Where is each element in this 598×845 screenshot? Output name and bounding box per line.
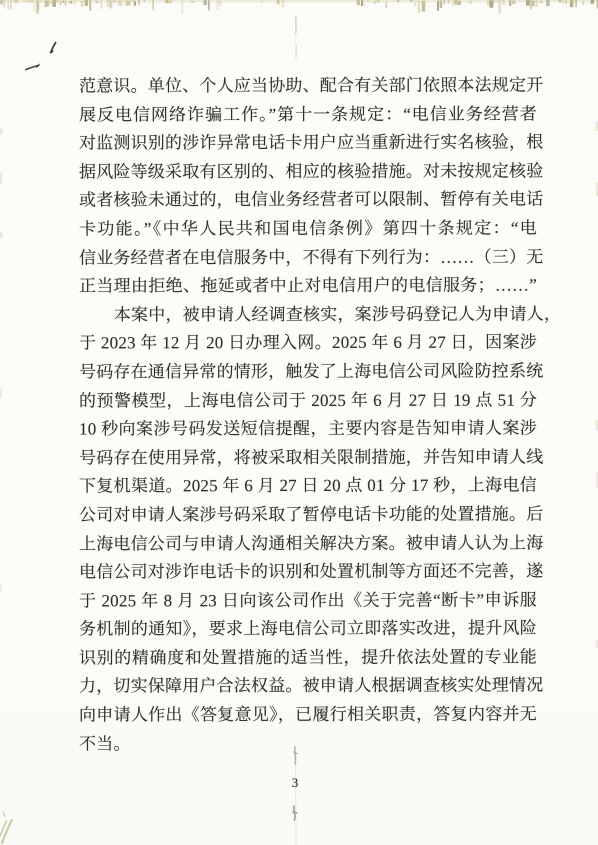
noise-stroke: [68, 1, 72, 4]
noise-stroke: [593, 0, 595, 2]
noise-stroke: [10, 0, 12, 9]
corner-smudge-marks: [0, 812, 12, 843]
noise-stroke: [497, 0, 498, 3]
noise-stroke: [70, 1, 73, 4]
text-line: 号码存在使用异常，将被采取相关限制措施，并告知申请人线: [79, 443, 537, 473]
noise-stroke: [448, 0, 450, 4]
noise-stroke: [125, 0, 129, 6]
noise-stroke: [414, 1, 416, 7]
text-line: 本案中，被申请人经调查核实，案涉号码登记人为申请人，: [79, 300, 537, 330]
noise-stroke: [546, 0, 550, 6]
noise-stroke: [487, 0, 490, 5]
noise-stroke: [65, 1, 67, 6]
noise-stroke: [165, 0, 169, 3]
noise-stroke: [60, 1, 61, 6]
noise-stroke: [131, 0, 134, 2]
noise-stroke: [113, 0, 116, 2]
noise-stroke: [437, 1, 439, 11]
noise-stroke: [281, 0, 284, 7]
text-line: 卡功能。”《中华人民共和国电信条例》第四十条规定：“电: [79, 214, 537, 244]
noise-stroke: [540, 1, 543, 3]
noise-stroke: [167, 1, 171, 3]
noise-stroke: [572, 1, 575, 3]
noise-stroke: [46, 0, 49, 6]
noise-stroke: [566, 1, 568, 4]
noise-stroke: [62, 1, 64, 3]
noise-stroke: [45, 1, 47, 8]
noise-stroke: [0, 0, 3, 4]
noise-stroke: [30, 0, 34, 3]
text-line: 展反电信网络诈骗工作。”第十一条规定：“电信业务经营者: [79, 100, 537, 130]
noise-stroke: [361, 0, 363, 6]
noise-stroke: [26, 0, 29, 2]
edge-tint: [0, 0, 598, 2]
noise-stroke: [440, 0, 443, 8]
text-line: 向申请人作出《答复意见》，已履行相关职责，答复内容并无: [79, 701, 537, 731]
noise-stroke: [509, 0, 511, 6]
text-line: 上海电信公司与申请人沟通相关解决方案。被申请人认为上海: [79, 529, 537, 559]
text-line: 下复机渠道。2025 年 6 月 27 日 20 点 01 分 17 秒，上海电…: [79, 472, 537, 502]
noise-stroke: [570, 0, 573, 7]
noise-stroke: [558, 0, 562, 2]
text-line: 或者核验未通过的，电信业务经营者可以限制、暂停有关电话: [79, 186, 537, 216]
noise-stroke: [204, 0, 207, 5]
noise-stroke: [374, 1, 377, 4]
noise-stroke: [181, 0, 183, 14]
noise-stroke: [107, 0, 111, 7]
noise-stroke: [3, 0, 5, 7]
text-line: 号码存在通信异常的情形，触发了上海电信公司风险防控系统: [79, 357, 537, 387]
noise-stroke: [14, 0, 17, 2]
noise-stroke: [535, 0, 538, 7]
noise-stroke: [89, 0, 91, 11]
noise-stroke: [410, 0, 413, 2]
noise-stroke: [191, 1, 194, 3]
noise-stroke: [118, 0, 122, 6]
noise-stroke: [357, 0, 360, 5]
noise-stroke: [127, 1, 131, 6]
noise-stroke: [385, 1, 387, 9]
noise-stroke: [377, 0, 381, 2]
text-line: 公司对申请人案涉号码采取了暂停电话卡功能的处置措施。后: [79, 500, 537, 530]
noise-stroke: [493, 0, 496, 4]
noise-stroke: [170, 1, 172, 4]
noise-stroke: [591, 0, 594, 4]
text-line: 范意识。单位、个人应当协助、配合有关部门依照本法规定开: [79, 72, 537, 102]
noise-stroke: [74, 0, 76, 5]
noise-stroke: [422, 1, 426, 12]
text-line: 电信公司对涉诈电话卡的识别和处置机制等方面还不完善，遂: [79, 558, 537, 588]
noise-stroke: [152, 0, 154, 10]
noise-stroke: [277, 0, 280, 4]
noise-stroke: [452, 0, 453, 6]
document-text: 范意识。单位、个人应当协助、配合有关部门依照本法规定开展反电信网络诈骗工作。”第…: [79, 72, 537, 758]
text-line: 于 2025 年 8 月 23 日向该公司作出《关于完善“断卡”申诉服: [79, 586, 537, 616]
noise-stroke: [502, 0, 505, 5]
noise-stroke: [41, 0, 42, 3]
noise-stroke: [33, 1, 35, 12]
noise-stroke: [115, 1, 118, 4]
pen-tick-mark: [51, 43, 56, 53]
noise-stroke: [563, 1, 565, 5]
noise-stroke: [458, 1, 461, 5]
noise-stroke: [454, 0, 457, 5]
noise-stroke: [52, 0, 56, 7]
pen-dash-mark: [26, 64, 40, 69]
noise-stroke: [100, 0, 102, 9]
noise-stroke: [38, 0, 40, 10]
noise-stroke: [23, 0, 25, 2]
noise-stroke: [144, 0, 145, 2]
noise-stroke: [208, 0, 209, 10]
noise-stroke: [363, 0, 365, 6]
text-line: 识别的精确度和处置措施的适当性，提升依法处置的专业能: [79, 643, 537, 673]
noise-stroke: [85, 0, 89, 6]
scanned-document-page: 范意识。单位、个人应当协助、配合有关部门依照本法规定开展反电信网络诈骗工作。”第…: [0, 0, 598, 845]
noise-stroke: [261, 1, 263, 3]
text-line: 正当理由拒绝、拖延或者中止对电信用户的电信服务；……”: [79, 272, 537, 302]
noise-stroke: [36, 0, 39, 13]
noise-stroke: [217, 0, 219, 10]
text-line: 信业务经营者在电信服务中，不得有下列行为：……（三）无: [79, 243, 537, 273]
text-line: 力，切实保障用户合法权益。被申请人根据调查核实处理情况: [79, 672, 537, 702]
noise-stroke: [16, 0, 19, 3]
text-line: 务机制的通知》，要求上海电信公司立即落实改进，提升风险: [79, 615, 537, 645]
noise-stroke: [219, 1, 221, 6]
text-line: 对监测识别的涉诈异常电话卡用户应当重新进行实名核验，根: [79, 129, 537, 159]
text-line: 据风险等级采取有区别的、相应的核验措施。对未按规定核验: [79, 157, 537, 187]
noise-stroke: [81, 1, 84, 7]
noise-stroke: [490, 0, 494, 7]
noise-stroke: [367, 0, 369, 2]
noise-stroke: [575, 0, 577, 7]
noise-stroke: [526, 0, 530, 6]
text-line: 的预警模型，上海电信公司于 2025 年 6 月 27 日 19 点 51 分: [79, 386, 537, 416]
text-line: 于 2023 年 12 月 20 日办理入网。2025 年 6 月 27 日，因…: [79, 329, 537, 359]
noise-stroke: [583, 1, 585, 6]
noise-stroke: [96, 1, 99, 3]
noise-stroke: [418, 1, 420, 13]
noise-stroke: [469, 1, 473, 4]
noise-stroke: [499, 0, 501, 14]
noise-stroke: [134, 1, 136, 6]
noise-stroke: [512, 0, 516, 4]
text-line: 10 秒向案涉号码发送短信提醒，主要内容是告知申请人案涉: [79, 415, 537, 445]
noise-stroke: [57, 0, 59, 2]
text-line: 不当。: [79, 729, 537, 759]
noise-stroke: [443, 0, 445, 4]
noise-stroke: [397, 0, 399, 2]
page-number: 3: [288, 775, 302, 791]
noise-stroke: [138, 0, 140, 5]
noise-stroke: [532, 1, 535, 7]
noise-stroke: [530, 0, 532, 9]
noise-stroke: [49, 1, 51, 5]
noise-stroke: [8, 0, 10, 10]
noise-stroke: [110, 1, 112, 9]
